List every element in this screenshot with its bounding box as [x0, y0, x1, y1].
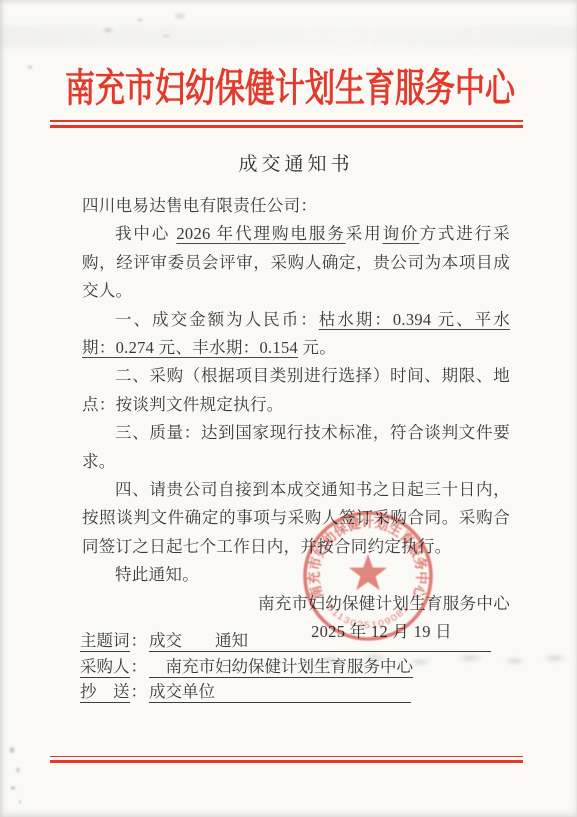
document-title: 成交通知书	[82, 150, 510, 180]
letterhead-double-rule	[50, 120, 523, 128]
scan-left-mark	[24, 60, 38, 74]
item-1-amount: 一、成交金额为人民币：枯水期：0.394 元、平水期：0.274 元、丰水期：0…	[82, 306, 510, 363]
cc-label: 抄 送	[80, 678, 130, 703]
item-4-contract: 四、请贵公司自接到本成交通知书之日起三十日内，按照谈判文件确定的事项与采购人签订…	[82, 476, 510, 561]
footer-row-purchaser: 采购人： 南充市妇幼保健计划生育服务中心	[80, 653, 520, 679]
item1-pre: 一、成交金额为人民币：	[115, 310, 319, 329]
letterhead-org-title: 南充市妇幼保健计划生育服务中心	[40, 56, 540, 113]
subject-colon: ：	[130, 627, 150, 651]
footer-row-subject: 主题词：成交 通知	[80, 627, 520, 653]
item1-post: 元。	[298, 338, 336, 357]
scan-pencil-marks	[88, 6, 198, 46]
paragraph-intro: 我中心 2026 年代理购电服务采用询价方式进行采购，经评审委员会评审，采购人确…	[82, 220, 510, 305]
intro-pre: 我中心	[115, 224, 176, 243]
cc-colon: ：	[130, 678, 150, 702]
purchaser-colon: ：	[130, 653, 150, 677]
signature-org: 南充市妇幼保健计划生育服务中心	[82, 590, 510, 618]
subject-value: 成交 通知	[149, 627, 491, 652]
closing-line: 特此通知。	[82, 561, 510, 589]
scanned-document-page: { "colors": { "accent_red": "#e23a2b", "…	[0, 0, 577, 817]
footer-double-rule	[50, 756, 523, 763]
scan-smudge-band	[0, 26, 577, 48]
item-3-quality: 三、质量：达到国家现行技术标准，符合谈判文件要求。	[82, 419, 510, 476]
cc-value: 成交单位	[149, 678, 411, 703]
footer-row-cc: 抄 送：成交单位	[80, 678, 520, 704]
purchaser-label: 采购人	[80, 653, 130, 678]
scan-left-bottom-marks	[4, 742, 30, 806]
intro-underlined-service: 2026 年代理购电服务	[176, 224, 345, 243]
document-index-footer: 主题词：成交 通知 采购人： 南充市妇幼保健计划生育服务中心 抄 送：成交单位	[80, 627, 520, 704]
subject-label: 主题词	[80, 627, 130, 652]
intro-underlined-method: 询价	[383, 224, 420, 243]
recipient-line: 四川电易达售电有限责任公司：	[82, 192, 510, 220]
item-2-procurement: 二、采购（根据项目类别进行选择）时间、期限、地点：按谈判文件规定执行。	[82, 362, 510, 419]
purchaser-value: 南充市妇幼保健计划生育服务中心	[149, 653, 413, 678]
document-body: 成交通知书 四川电易达售电有限责任公司： 我中心 2026 年代理购电服务采用询…	[82, 150, 510, 647]
intro-mid: 采用	[346, 224, 383, 243]
